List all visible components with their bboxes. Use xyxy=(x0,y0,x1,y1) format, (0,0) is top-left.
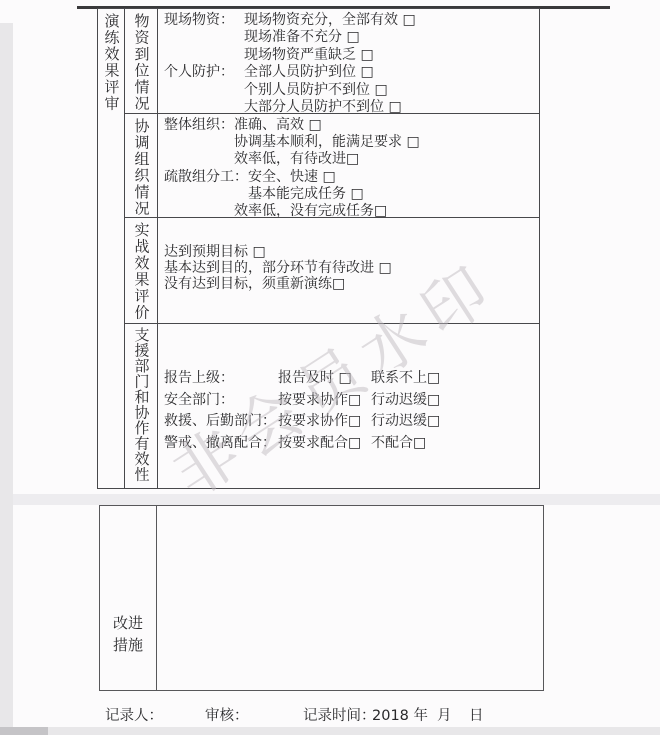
form-option-line: 效率低，有待改进□ xyxy=(164,151,539,168)
form-option-line: 个别人员防护不到位 □ xyxy=(164,82,539,99)
form-option-line: 现场物资严重缺乏 □ xyxy=(164,47,539,64)
record-time-label: 记录时间： xyxy=(303,704,376,725)
section-effect: 实战效果评价 达到预期目标 □ 基本达到目的，部分环节有待改进 □ 没有达到目标… xyxy=(125,218,539,324)
option-text: 不配合□ xyxy=(371,433,426,455)
line-prefix xyxy=(164,151,234,168)
option-text: 按要求协作□ xyxy=(278,390,371,412)
section-materials: 物资到位情况 现场物资：现场物资充分，全部有效 □ 现场准备不充分 □ 现场物资… xyxy=(125,9,539,114)
drill-review-table: 演练效果评审 物资到位情况 现场物资：现场物资充分，全部有效 □ 现场准备不充分… xyxy=(97,8,540,489)
section-coordination-content: 整体组织：准确、高效 □ 协调基本顺利，能满足要求 □ 效率低，有待改进□ 疏散… xyxy=(158,114,539,217)
option-text: 效率低，有待改进□ xyxy=(234,151,359,168)
option-text: 达到预期目标 □ xyxy=(164,245,266,261)
improvement-measures-blank-area xyxy=(157,506,543,690)
line-prefix: 个人防护： xyxy=(164,64,244,81)
scan-left-margin xyxy=(0,23,13,727)
form-option-line: 没有达到目标，须重新演练□ xyxy=(164,277,539,293)
form-option-line: 基本能完成任务 □ xyxy=(164,186,539,203)
option-text: 现场物资充分，全部有效 □ xyxy=(244,12,416,29)
line-prefix: 安全部门： xyxy=(164,390,278,412)
option-text: 安全、快速 □ xyxy=(248,169,336,186)
line-prefix xyxy=(164,29,244,46)
review-merged-label: 演练效果评审 xyxy=(104,13,119,488)
line-prefix: 警戒、撤离配合： xyxy=(164,433,278,455)
line-prefix: 整体组织： xyxy=(164,117,234,134)
recorder-label: 记录人： xyxy=(105,704,163,725)
line-prefix xyxy=(164,203,234,217)
option-text: 没有达到目标，须重新演练□ xyxy=(164,277,345,293)
form-option-line: 整体组织：准确、高效 □ xyxy=(164,117,539,134)
section-coordination: 协调组织情况 整体组织：准确、高效 □ 协调基本顺利，能满足要求 □ 效率低，有… xyxy=(125,114,539,218)
section-effect-content: 达到预期目标 □ 基本达到目的，部分环节有待改进 □ 没有达到目标，须重新演练□ xyxy=(158,218,539,323)
option-text: 个别人员防护不到位 □ xyxy=(244,82,388,99)
record-day-label: 日 xyxy=(469,704,484,725)
section-coordination-label: 协调组织情况 xyxy=(134,118,149,217)
line-prefix: 救援、后勤部门： xyxy=(164,411,278,433)
form-option-line: 协调基本顺利，能满足要求 □ xyxy=(164,134,539,151)
line-prefix xyxy=(164,82,244,99)
option-text: 现场准备不充分 □ xyxy=(244,29,360,46)
option-text: 大部分人员防护不到位 □ xyxy=(244,99,402,113)
option-text: 基本达到目的，部分环节有待改进 □ xyxy=(164,261,392,277)
option-text: 行动迟缓□ xyxy=(371,411,440,433)
option-text: 按要求配合□ xyxy=(278,433,371,455)
scan-corner-shadow xyxy=(0,727,48,735)
form-option-line: 疏散组分工：安全、快速 □ xyxy=(164,169,539,186)
footer-row: 记录人： 审核： 记录时间： 2018 年 月 日 xyxy=(0,704,660,724)
form-option-line: 报告上级：报告及时 □联系不上□ xyxy=(164,368,539,390)
option-text: 联系不上□ xyxy=(371,368,440,390)
improvement-measures-box: 改进措施 xyxy=(99,505,544,691)
form-option-line: 救援、后勤部门：按要求协作□行动迟缓□ xyxy=(164,411,539,433)
improvement-measures-label: 改进措施 xyxy=(113,612,143,656)
form-option-line: 达到预期目标 □ xyxy=(164,245,539,261)
section-support-label: 支援部门和协作有效性 xyxy=(134,327,149,488)
line-prefix xyxy=(164,134,234,151)
scan-bottom-margin xyxy=(0,727,660,735)
line-prefix xyxy=(164,99,244,113)
form-option-line: 大部分人员防护不到位 □ xyxy=(164,99,539,113)
option-text: 效率低，没有完成任务□ xyxy=(234,203,387,217)
page-break-band xyxy=(13,494,660,505)
record-month-label: 月 xyxy=(437,704,452,725)
line-prefix: 疏散组分工： xyxy=(164,169,248,186)
reviewer-label: 审核： xyxy=(205,704,249,725)
option-text: 按要求协作□ xyxy=(278,411,371,433)
review-merged-cell: 演练效果评审 xyxy=(98,9,125,488)
scanned-document-page: 演练效果评审 物资到位情况 现场物资：现场物资充分，全部有效 □ 现场准备不充分… xyxy=(0,0,660,735)
line-prefix: 报告上级： xyxy=(164,368,278,390)
option-text: 行动迟缓□ xyxy=(371,390,440,412)
record-year: 2018 年 xyxy=(372,704,428,725)
section-support-content: 报告上级：报告及时 □联系不上□ 安全部门：按要求协作□行动迟缓□ 救援、后勤部… xyxy=(158,324,539,488)
form-option-line: 现场准备不充分 □ xyxy=(164,29,539,46)
option-text: 协调基本顺利，能满足要求 □ xyxy=(234,134,420,151)
line-prefix xyxy=(164,47,244,64)
form-option-line: 安全部门：按要求协作□行动迟缓□ xyxy=(164,390,539,412)
section-effect-label: 实战效果评价 xyxy=(134,222,149,323)
form-option-line: 个人防护：全部人员防护到位 □ xyxy=(164,64,539,81)
option-text: 基本能完成任务 □ xyxy=(234,186,364,203)
option-text: 现场物资严重缺乏 □ xyxy=(244,47,374,64)
form-option-line: 效率低，没有完成任务□ xyxy=(164,203,539,217)
line-prefix: 现场物资： xyxy=(164,12,244,29)
section-materials-label: 物资到位情况 xyxy=(134,13,149,113)
form-option-line: 现场物资：现场物资充分，全部有效 □ xyxy=(164,12,539,29)
section-support: 支援部门和协作有效性 报告上级：报告及时 □联系不上□ 安全部门：按要求协作□行… xyxy=(125,324,539,488)
form-option-line: 基本达到目的，部分环节有待改进 □ xyxy=(164,261,539,277)
form-option-line: 警戒、撤离配合：按要求配合□不配合□ xyxy=(164,433,539,455)
review-sections: 物资到位情况 现场物资：现场物资充分，全部有效 □ 现场准备不充分 □ 现场物资… xyxy=(125,9,539,488)
option-text: 准确、高效 □ xyxy=(234,117,322,134)
option-text: 报告及时 □ xyxy=(278,368,371,390)
section-materials-content: 现场物资：现场物资充分，全部有效 □ 现场准备不充分 □ 现场物资严重缺乏 □ … xyxy=(158,9,539,113)
line-prefix xyxy=(164,186,234,203)
option-text: 全部人员防护到位 □ xyxy=(244,64,374,81)
